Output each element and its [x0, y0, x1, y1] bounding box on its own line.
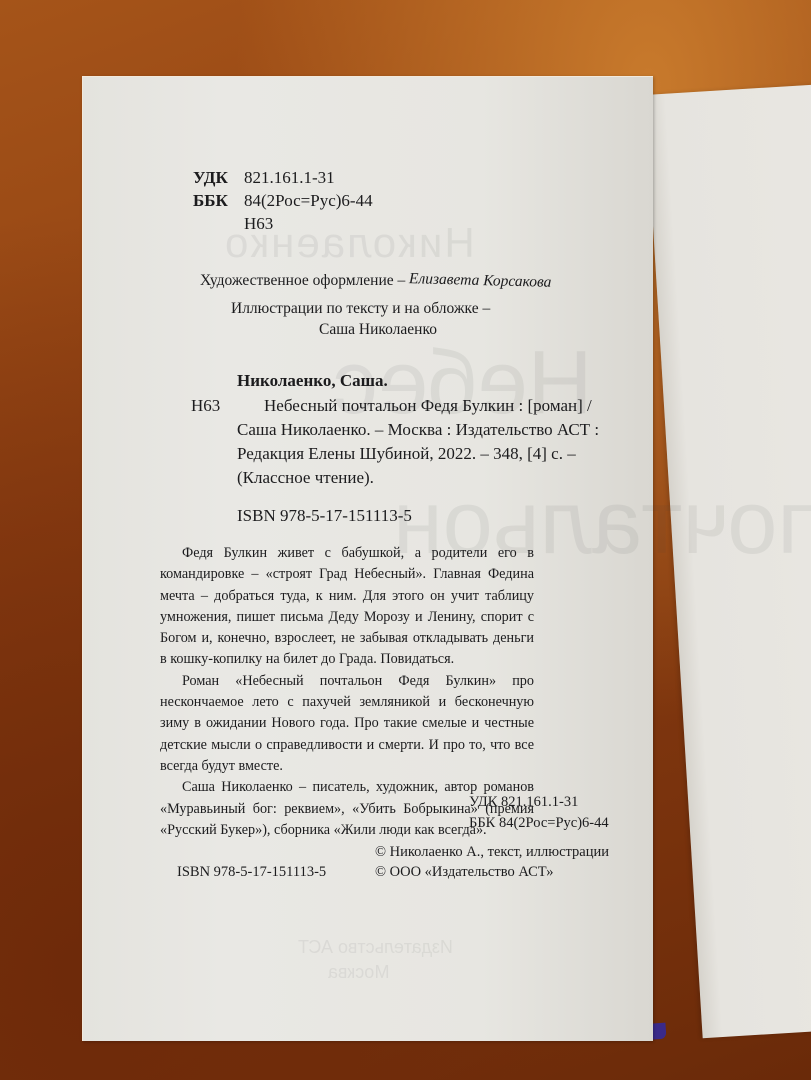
author-mark: Н63: [244, 215, 273, 232]
udk-label: УДК: [193, 169, 228, 186]
record-line-4: (Классное чтение).: [237, 469, 374, 486]
bbk-label: ББК: [193, 192, 228, 209]
footer-bbk: ББК 84(2Рос=Рус)6-44: [469, 816, 609, 831]
footer-isbn: ISBN 978-5-17-151113-5: [177, 865, 326, 880]
design-credit: Художественное оформление – Елизавета Ко…: [200, 273, 552, 289]
design-name: Елизавета Корсакова: [409, 271, 552, 290]
annotation-paragraph-1: Федя Булкин живет с бабушкой, а родители…: [160, 543, 534, 671]
annotation-paragraph-2: Роман «Небесный почтальон Федя Булкин» п…: [160, 671, 534, 777]
record-line-1: Небесный почтальон Федя Булкин : [роман]…: [264, 397, 592, 414]
illustrations-name: Саша Николаенко: [319, 322, 437, 338]
udk-value: 821.161.1-31: [244, 169, 335, 186]
bbk-value: 84(2Рос=Рус)6-44: [244, 192, 373, 209]
footer-udk: УДК 821.161.1-31: [469, 795, 578, 810]
copyright-author: © Николаенко А., текст, иллюстрации: [375, 845, 609, 860]
record-line-3: Редакция Елены Шубиной, 2022. – 348, [4]…: [237, 445, 576, 462]
show-through-publisher: Издательство АСТ: [298, 937, 453, 958]
show-through-city: Москва: [328, 962, 389, 983]
copyright-publisher: © ООО «Издательство АСТ»: [375, 865, 553, 880]
design-label: Художественное оформление –: [200, 272, 405, 289]
record-author: Николаенко, Саша.: [237, 372, 388, 389]
record-author-mark: Н63: [191, 397, 220, 414]
record-line-2: Саша Николаенко. – Москва : Издательство…: [237, 421, 599, 438]
record-isbn: ISBN 978-5-17-151113-5: [237, 507, 412, 524]
imprint-page: Николаенко Небес почтальон Издательство …: [82, 76, 653, 1041]
illustrations-label: Иллюстрации по тексту и на обложке –: [231, 301, 490, 317]
